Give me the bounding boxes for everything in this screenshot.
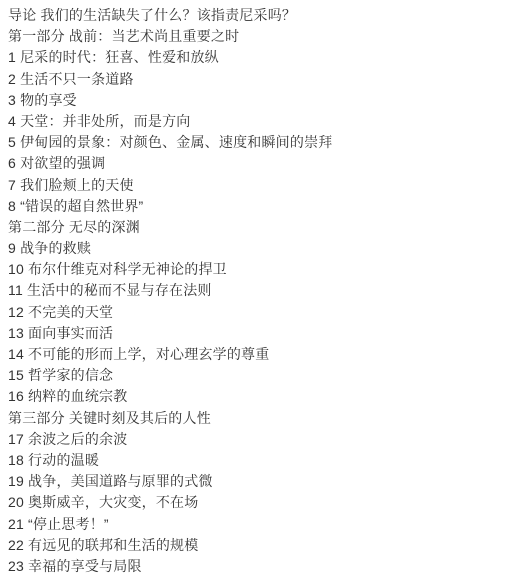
toc-line-part: 第二部分 无尽的深渊 <box>8 217 502 238</box>
toc-line-intro: 导论 我们的生活缺失了什么？该指责尼采吗？ <box>8 5 502 26</box>
toc-line-chapter-7: 7 我们脸颊上的天使 <box>8 175 502 196</box>
toc-line-chapter-16: 16 纳粹的血统宗教 <box>8 386 502 407</box>
toc-line-chapter-23: 23 幸福的享受与局限 <box>8 556 502 573</box>
toc-page: 导论 我们的生活缺失了什么？该指责尼采吗？第一部分 战前：当艺术尚且重要之时1 … <box>0 0 508 573</box>
toc-line-chapter-17: 17 余波之后的余波 <box>8 429 502 450</box>
toc-line-chapter-11: 11 生活中的秘而不显与存在法则 <box>8 280 502 301</box>
toc-line-chapter-3: 3 物的享受 <box>8 90 502 111</box>
toc-line-chapter-4: 4 天堂：并非处所，而是方向 <box>8 111 502 132</box>
toc-line-chapter-5: 5 伊甸园的景象：对颜色、金属、速度和瞬间的崇拜 <box>8 132 502 153</box>
toc-line-chapter-6: 6 对欲望的强调 <box>8 153 502 174</box>
toc-line-chapter-13: 13 面向事实而活 <box>8 323 502 344</box>
toc-line-chapter-10: 10 布尔什维克对科学无神论的捍卫 <box>8 259 502 280</box>
toc-line-chapter-8: 8 “错误的超自然世界” <box>8 196 502 217</box>
toc-line-chapter-19: 19 战争，美国道路与原罪的式微 <box>8 471 502 492</box>
toc-line-part: 第一部分 战前：当艺术尚且重要之时 <box>8 26 502 47</box>
toc-line-chapter-14: 14 不可能的形而上学，对心理玄学的尊重 <box>8 344 502 365</box>
toc-line-chapter-9: 9 战争的救赎 <box>8 238 502 259</box>
toc-line-chapter-21: 21 “停止思考！” <box>8 514 502 535</box>
toc-line-chapter-18: 18 行动的温暖 <box>8 450 502 471</box>
toc-line-chapter-12: 12 不完美的天堂 <box>8 302 502 323</box>
toc-line-chapter-2: 2 生活不只一条道路 <box>8 69 502 90</box>
toc-line-chapter-20: 20 奥斯威辛，大灾变，不在场 <box>8 492 502 513</box>
toc-line-chapter-15: 15 哲学家的信念 <box>8 365 502 386</box>
toc-line-part: 第三部分 关键时刻及其后的人性 <box>8 408 502 429</box>
toc-line-chapter-1: 1 尼采的时代：狂喜、性爱和放纵 <box>8 47 502 68</box>
toc-line-chapter-22: 22 有远见的联邦和生活的规模 <box>8 535 502 556</box>
toc-list: 导论 我们的生活缺失了什么？该指责尼采吗？第一部分 战前：当艺术尚且重要之时1 … <box>0 0 508 573</box>
